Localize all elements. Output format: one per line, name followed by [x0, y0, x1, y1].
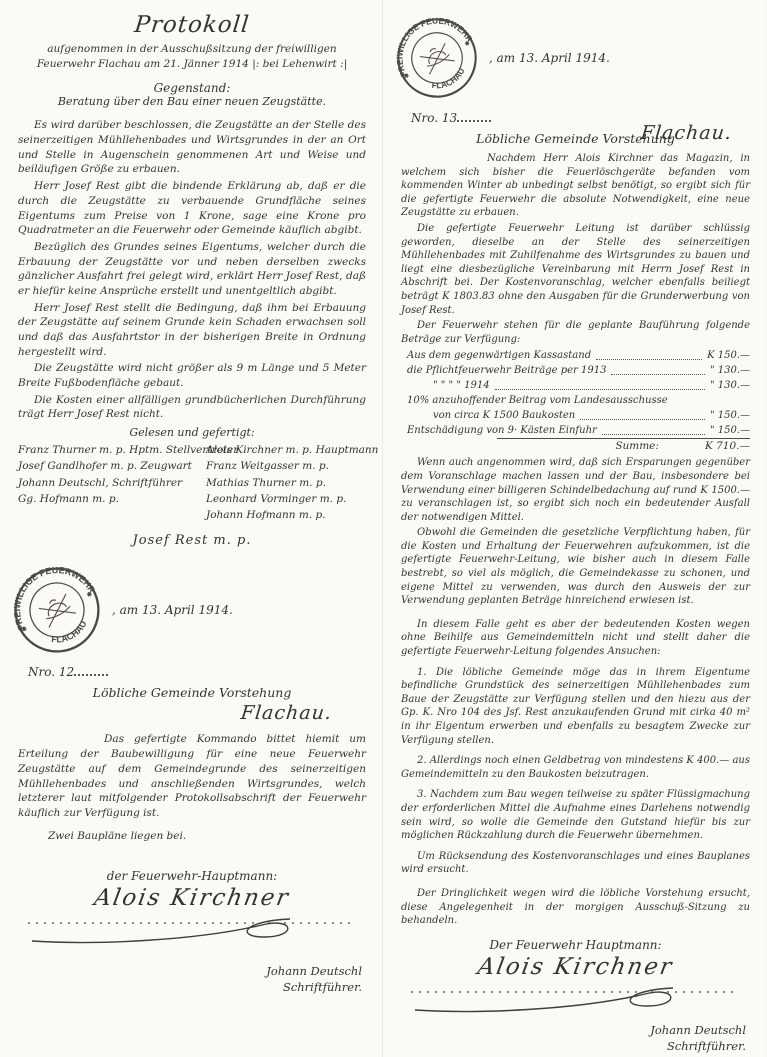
signature-flourish [24, 911, 354, 949]
dotted-leader [596, 359, 702, 360]
paragraph: Die Zeugstätte wird nicht größer als 9 m… [18, 361, 366, 390]
date-line: , am 13. April 1914. [489, 51, 610, 65]
dotted-leader [611, 374, 705, 375]
address-line: Löbliche Gemeinde Vorstehung [18, 685, 366, 700]
signature-josef-rest: Josef Rest m. p. [18, 533, 366, 548]
scribe-signature: Johann Deutschl Schriftführer. [401, 1022, 750, 1054]
address-place: Flachau. [400, 122, 733, 144]
funds-row: von circa K 1500 Baukosten" 150.— [407, 408, 750, 423]
subject-label: Gegenstand: [18, 81, 366, 95]
signature-line: Leonhard Vorminger m. p. [206, 491, 366, 507]
paragraph: Um Rücksendung des Kostenvoranschlages u… [401, 850, 750, 877]
signature-flourish [407, 980, 737, 1018]
scribe-signature: Johann Deutschl Schriftführer. [18, 963, 366, 995]
signature-block: Alois Kirchner [401, 954, 750, 1018]
dotted-leader [495, 389, 705, 390]
signature-alois-kirchner: Alois Kirchner [16, 885, 369, 911]
funds-table: Aus dem gegenwärtigen KassastandK 150.— … [407, 348, 750, 452]
sum-label: Summe: [615, 440, 659, 452]
stamp-text-top: FREIWILLIGE FEUERWEHR [0, 550, 98, 634]
stamp-and-date-row: FREIWILLIGE FEUERWEHR FLACHAU ✱ ✱ , am 1… [395, 12, 750, 104]
dotted-leader [602, 434, 705, 435]
signature-line: Mathias Thurner m. p. [206, 475, 366, 491]
scribe-name: Johann Deutschl [650, 1023, 746, 1037]
scanned-document: Protokoll aufgenommen in der Ausschußsit… [0, 0, 767, 1057]
page-2-ansuchen: FREIWILLIGE FEUERWEHR FLACHAU ✱ ✱ , am 1… [383, 0, 766, 1057]
svg-text:FREIWILLIGE FEUERWEHR: FREIWILLIGE FEUERWEHR [0, 550, 98, 634]
petition-paragraph: Das gefertigte Kommando bittet hiemit um… [18, 732, 366, 820]
paragraph: Der Feuerwehr stehen für die geplante Ba… [401, 319, 750, 346]
scribe-role: Schriftführer. [283, 980, 362, 994]
paragraph: Bezüglich des Grundes seines Eigentums, … [18, 240, 366, 299]
paragraph: Die Kosten einer allfälligen grundbücher… [18, 393, 366, 422]
signed-label: Gelesen und gefertigt: [18, 426, 366, 439]
address-place: Flachau. [17, 702, 333, 724]
signature-columns: Franz Thurner m. p. Hptm. Stellvertreter… [18, 442, 366, 523]
fire-brigade-stamp-icon: FREIWILLIGE FEUERWEHR FLACHAU ✱ ✱ [380, 1, 494, 115]
paragraph: In diesem Falle geht es aber der bedeute… [401, 618, 750, 659]
stamp-text-bottom: FLACHAU [47, 617, 92, 651]
funds-row: 10% anzuhoffender Beitrag vom Landesauss… [407, 393, 750, 408]
signature-line: Gg. Hofmann m. p. [18, 491, 192, 507]
signature-line: Josef Gandlhofer m. p. Zeugwart [18, 458, 192, 474]
signature-line: Franz Thurner m. p. Hptm. Stellvertreter [18, 442, 192, 458]
signatures-right-column: Alois Kirchner m. p. Hauptmann Franz Wei… [192, 442, 366, 523]
page-title: Protokoll [17, 12, 368, 38]
paragraph: Nachdem Herr Alois Kirchner das Magazin,… [401, 152, 750, 220]
fire-brigade-stamp-icon: FREIWILLIGE FEUERWEHR FLACHAU ✱ ✱ [0, 550, 118, 672]
subject-text: Beratung über den Bau einer neuen Zeugst… [18, 95, 366, 108]
stamp-text-bottom: FLACHAU [427, 64, 469, 96]
signature-line: Johann Deutschl, Schriftführer [18, 475, 192, 491]
request-item: 2. Allerdings noch einen Geldbetrag von … [401, 754, 750, 781]
signatures-left-column: Franz Thurner m. p. Hptm. Stellvertreter… [18, 442, 192, 523]
funds-row: " " " " 1914" 130.— [407, 378, 750, 393]
paragraph: Die gefertigte Feuerwehr Leitung ist dar… [401, 222, 750, 317]
page-1-protokoll: Protokoll aufgenommen in der Ausschußsit… [0, 0, 383, 1057]
stamp-and-date-row: FREIWILLIGE FEUERWEHR FLACHAU ✱ ✱ , am 1… [12, 562, 366, 658]
signoff-role: Der Feuerwehr Hauptmann: [401, 938, 750, 952]
helmet-and-axes-emblem [420, 42, 455, 74]
signoff-role: der Feuerwehr-Hauptmann: [18, 869, 366, 883]
paragraph: Herr Josef Rest gibt die bindende Erklär… [18, 179, 366, 238]
signature-line: Franz Weitgasser m. p. [206, 458, 366, 474]
request-item: 1. Die löbliche Gemeinde möge das in ihr… [401, 666, 750, 748]
signature-alois-kirchner: Alois Kirchner [399, 954, 753, 980]
signature-block: Alois Kirchner [18, 885, 366, 949]
paragraph: Der Dringlichkeit wegen wird die löblich… [401, 887, 750, 928]
dotted-tail [457, 110, 491, 122]
document-number: Nro. 12 [28, 664, 366, 679]
funds-row: Entschädigung von 9· Kästen Einfuhr" 150… [407, 423, 750, 438]
svg-text:FLACHAU: FLACHAU [47, 617, 92, 651]
date-line: , am 13. April 1914. [112, 603, 233, 617]
dotted-leader [580, 419, 705, 420]
paragraph: Es wird darüber beschlossen, die Zeugstä… [18, 118, 366, 177]
request-item: 3. Nachdem zum Bau wegen teilweise zu sp… [401, 788, 750, 842]
helmet-and-axes-emblem [38, 594, 76, 628]
paragraph: Herr Josef Rest stellt die Bedingung, da… [18, 301, 366, 360]
funds-row: die Pflichtfeuerwehr Beiträge per 1913" … [407, 363, 750, 378]
funds-row: Aus dem gegenwärtigen KassastandK 150.— [407, 348, 750, 363]
signature-line: Johann Hofmann m. p. [206, 507, 366, 523]
funds-sum-row: Summe: K 710.— [497, 438, 750, 452]
dotted-tail [74, 664, 108, 676]
signature-line: Alois Kirchner m. p. Hauptmann [206, 442, 366, 458]
sum-value: K 710.— [705, 440, 750, 452]
scribe-role: Schriftführer. [667, 1039, 746, 1053]
paragraph: Wenn auch angenommen wird, daß sich Ersp… [401, 456, 750, 524]
protocol-intro: aufgenommen in der Ausschußsitzung der f… [18, 42, 366, 71]
enclosures-note: Zwei Baupläne liegen bei. [18, 829, 366, 844]
svg-text:FLACHAU: FLACHAU [427, 64, 469, 96]
paragraph: Obwohl die Gemeinden die gesetzliche Ver… [401, 526, 750, 608]
scribe-name: Johann Deutschl [266, 964, 362, 978]
